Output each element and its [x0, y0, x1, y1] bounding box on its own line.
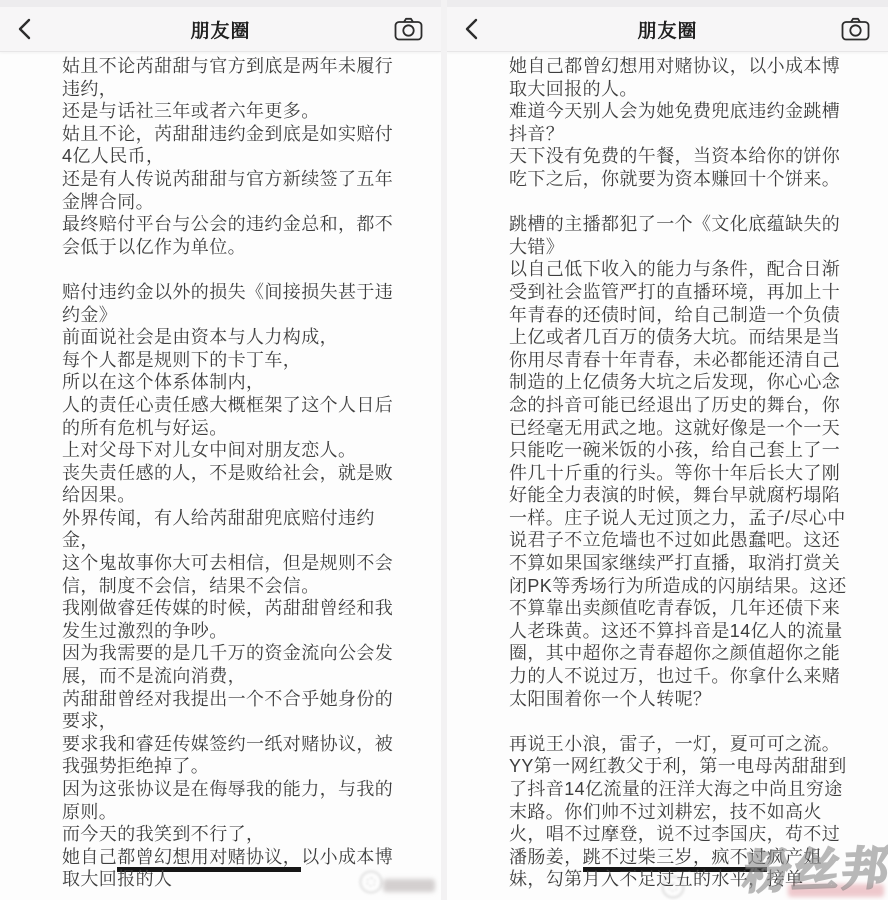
post-text-line: 前面说社会是由资本与人力构成，	[62, 326, 421, 349]
post-text-line: 年青春的还债时间，给自己制造一个负债	[509, 304, 868, 327]
post-text-line: 我强势拒绝掉了。	[62, 755, 421, 778]
post-text-line: 念的抖音可能已经退出了历史的舞台，你	[509, 394, 868, 417]
post-text-line: 而今天的我笑到不行了，	[62, 823, 421, 846]
back-chevron-icon	[465, 18, 478, 40]
post-text-line: 每个人都是规则下的卡丁车，	[62, 349, 421, 372]
post-text-line: 姑且不论，芮甜甜违约金到底是如实赔付	[62, 123, 421, 146]
post-text-line: 潘肠姜，跳不过柴三岁，疯不过疯产姐	[509, 846, 868, 869]
post-text-line: 吃下之后，你就要为资本赚回十个饼来。	[509, 168, 868, 191]
post-text-line: 4亿人民币，	[62, 145, 421, 168]
post-text-line: 还是与话社三年或者六年更多。	[62, 100, 421, 123]
post-text-line: 要求我和睿廷传媒签约一纸对赌协议，被	[62, 733, 421, 756]
post-text-line: 丧失责任感的人，不是败给社会，就是败	[62, 462, 421, 485]
post-text-line: 只能吃一碗米饭的小孩，给自己套上了一	[509, 439, 868, 462]
post-text-line: 展，而不是流向消费，	[62, 665, 421, 688]
post-text-line: 金牌合同。	[62, 191, 421, 214]
post-text-line: 这个鬼故事你大可去相信，但是规则不会	[62, 552, 421, 575]
post-text-line: 跳槽的主播都犯了一个《文化底蕴缺失的	[509, 213, 868, 236]
post-text-line: 不算如果国家继续严打直播，取消打赏关	[509, 552, 868, 575]
app-bar: 朋友圈	[447, 0, 888, 52]
post-text-line: 大错》	[509, 236, 868, 259]
post-text-line: 力的人不说过万，也过千。你拿什么来赌	[509, 665, 868, 688]
post-text-line: 不算靠出卖颜值吃青春饭，几年还债下来	[509, 597, 868, 620]
post-text-line: 抖音？	[509, 123, 868, 146]
post-text-line: 原则。	[62, 801, 421, 824]
post-text-line: 会低于以亿作为单位。	[62, 236, 421, 259]
post-text-line: YY第一网红教父于利，第一电母芮甜甜到	[509, 755, 868, 778]
post-text-line: 要求，	[62, 710, 421, 733]
post-text-line: 制造的上亿债务大坑之后发现，你心心念	[509, 371, 868, 394]
post-text-line: 的所有危机与好运。	[62, 417, 421, 440]
camera-button[interactable]	[840, 16, 870, 42]
post-text-line: 姑且不论芮甜甜与官方到底是两年未履行	[62, 55, 421, 78]
camera-icon	[841, 17, 870, 41]
post-text-line: 人老珠黄。这还不算抖音是14亿人的流量	[509, 620, 868, 643]
post-text-line: 再说王小浪，雷子，一灯，夏可可之流。	[509, 733, 868, 756]
post-text-line: 给因果。	[62, 484, 421, 507]
page-title: 朋友圈	[637, 16, 697, 43]
back-button[interactable]	[465, 16, 491, 42]
post-text-line: 外界传闻，有人给芮甜甜兜底赔付违约	[62, 507, 421, 530]
post-text-line: 因为我需要的是几千万的资金流向公会发	[62, 642, 421, 665]
post-text-line: 件几十斤重的行头。等你十年后长大了刚	[509, 462, 868, 485]
post-text-line: 好能全力表演的时候，舞台早就腐朽塌陷	[509, 484, 868, 507]
post-text-line: 发生过激烈的争吵。	[62, 620, 421, 643]
post-text-line: 圈，其中超你之青春超你之颜值超你之能	[509, 642, 868, 665]
post-text-line: 火，唱不过摩登，说不过李国庆，苟不过	[509, 823, 868, 846]
back-button[interactable]	[18, 16, 44, 42]
moments-screenshot-pair: 朋友圈 姑且不论芮甜甜与官方到底是两年未履行违约，还是与话社三年或者六年更多。姑…	[0, 0, 888, 900]
post-text-line: 上亿或者几百万的债务大坑。而结果是当	[509, 326, 868, 349]
post-text-line: 你用尽青春十年青春，未必都能还清自己	[509, 349, 868, 372]
post-text-line: 她自己都曾幻想用对赌协议，以小成本博	[62, 846, 421, 869]
post-text-line	[509, 710, 868, 733]
back-chevron-icon	[18, 18, 31, 40]
post-text-line: 信，制度不会信，结果不会信。	[62, 575, 421, 598]
post-text-line: 违约，	[62, 78, 421, 101]
post-text-line: 因为这张协议是在侮辱我的能力，与我的	[62, 778, 421, 801]
moments-panel-right: 朋友圈 她自己都曾幻想用对赌协议，以小成本博取大回报的人。难道今天别人会为她免费…	[447, 0, 888, 900]
post-text-body: 她自己都曾幻想用对赌协议，以小成本博取大回报的人。难道今天别人会为她免费兜底违约…	[447, 52, 888, 900]
post-text-line: 她自己都曾幻想用对赌协议，以小成本博	[509, 55, 868, 78]
post-text-line: 说君子不立危墙也不过如此愚蠢吧。这还	[509, 529, 868, 552]
post-text-line: 难道今天别人会为她免费兜底违约金跳槽	[509, 100, 868, 123]
post-text-line: 上对父母下对儿女中间对朋友恋人。	[62, 439, 421, 462]
post-text-line: 约金》	[62, 304, 421, 327]
post-text-line: 太阳围着你一个人转呢？	[509, 688, 868, 711]
post-text-line: 末路。你们帅不过刘耕宏，技不如高火	[509, 801, 868, 824]
app-bar: 朋友圈	[0, 0, 441, 52]
page-title: 朋友圈	[190, 16, 250, 43]
camera-button[interactable]	[393, 16, 423, 42]
post-text-line: 以自己低下收入的能力与条件，配合日渐	[509, 258, 868, 281]
post-text-line: 已经毫无用武之地。这就好像是一个一天	[509, 417, 868, 440]
post-text-line	[509, 191, 868, 214]
camera-icon	[394, 17, 423, 41]
post-text-line: 芮甜甜曾经对我提出一个不合乎她身份的	[62, 688, 421, 711]
post-text-line: 还是有人传说芮甜甜与官方新续签了五年	[62, 168, 421, 191]
post-text-line: 取大回报的人。	[509, 78, 868, 101]
post-text-line: 妹，勾第月入不足过五的水平，接单	[509, 868, 868, 891]
post-text-line: 了抖音14亿流量的汪洋大海之中尚且穷途	[509, 778, 868, 801]
post-text-line: 一样。庄子说人无过顶之力，孟子/尽心中	[509, 507, 868, 530]
post-text-line: 人的责任心责任感大概框架了这个人日后	[62, 394, 421, 417]
post-text-line: 金，	[62, 529, 421, 552]
post-text-line: 所以在这个体系体制内，	[62, 371, 421, 394]
post-text-line: 我刚做睿廷传媒的时候，芮甜甜曾经和我	[62, 597, 421, 620]
post-text-line: 赔付违约金以外的损失《间接损失甚于违	[62, 281, 421, 304]
post-text-line: 闭PK等秀场行为所造成的闪崩结果。这还	[509, 575, 868, 598]
post-text-line: 最终赔付平台与公会的违约金总和，都不	[62, 213, 421, 236]
moments-panel-left: 朋友圈 姑且不论芮甜甜与官方到底是两年未履行违约，还是与话社三年或者六年更多。姑…	[0, 0, 441, 900]
post-text-line: 天下没有免费的午餐，当资本给你的饼你	[509, 145, 868, 168]
post-text-line	[62, 258, 421, 281]
post-text-line: 受到社会监管严打的直播环境，再加上十	[509, 281, 868, 304]
post-text-body: 姑且不论芮甜甜与官方到底是两年未履行违约，还是与话社三年或者六年更多。姑且不论，…	[0, 52, 441, 900]
